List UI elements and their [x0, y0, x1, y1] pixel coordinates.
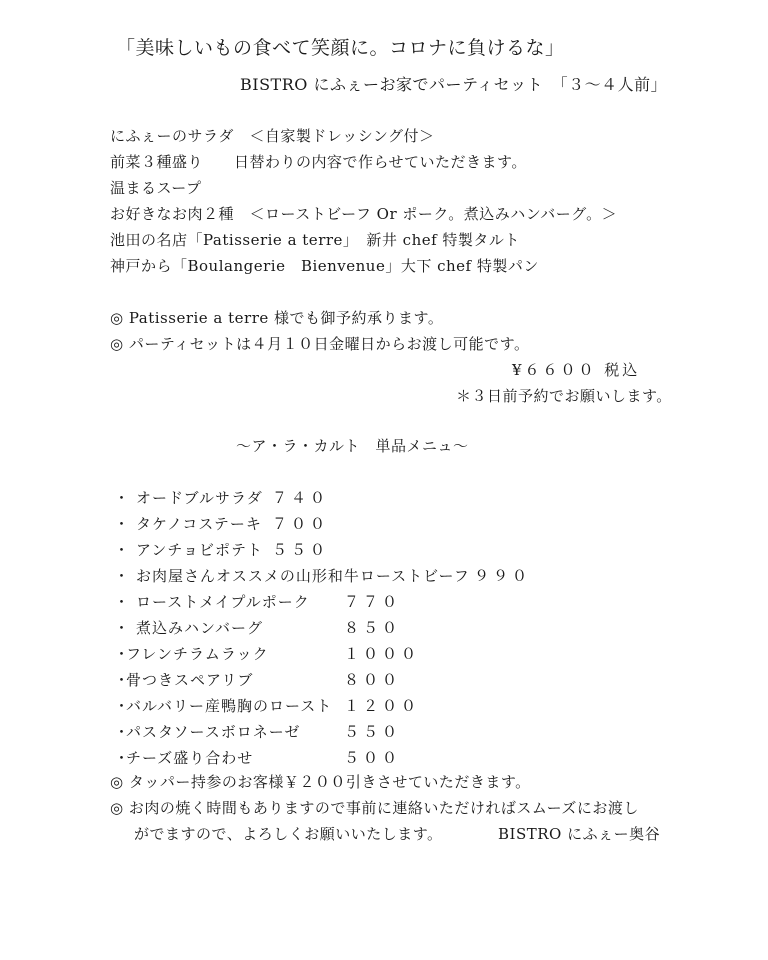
set-item: 温まるスープ [110, 178, 202, 198]
menu-item: ・煮込みハンバーグ [114, 618, 263, 638]
signature: BISTRO にふぇー奥谷 [498, 824, 660, 844]
item-name: 煮込みハンバーグ [136, 619, 263, 637]
reservation-note: ＊３日前予約でお願いします。 [456, 386, 672, 406]
menu-item: ・ローストメイプルポーク [114, 592, 310, 612]
item-name: ローストメイプルポーク [136, 593, 310, 611]
item-name: お肉屋さんオススメの山形和牛ローストビーフ [136, 567, 470, 585]
item-price: ８００ [344, 670, 401, 690]
menu-item: ・チーズ盛り合わせ [114, 748, 253, 768]
set-item: 池田の名店「Patisserie a terre」 新井 chef 特製タルト [110, 230, 520, 250]
item-price: ５５０ [344, 722, 401, 742]
item-name: アンチョビポテト [136, 541, 263, 559]
bullet: ・ [114, 748, 126, 768]
set-item: 神戸から「Boulangerie Bienvenue」大下 chef 特製パン [110, 256, 539, 276]
item-name: チーズ盛り合わせ [126, 749, 253, 767]
bullet: ・ [114, 618, 136, 638]
bullet: ・ [114, 722, 126, 742]
notice: ◎ Patisserie a terre 様でも御予約承ります。 [110, 308, 443, 328]
bullet: ・ [114, 670, 126, 690]
item-name: 骨つきスペアリブ [126, 671, 253, 689]
footer-note: ◎ お肉の焼く時間もありますので事前に連絡いただければスムーズにお渡し [110, 798, 639, 818]
set-item: にふぇーのサラダ ＜自家製ドレッシング付＞ [110, 126, 435, 146]
menu-item: ・お肉屋さんオススメの山形和牛ローストビーフ [114, 566, 470, 586]
bullet: ・ [114, 514, 136, 534]
item-name: パスタソースボロネーゼ [126, 723, 301, 741]
item-price: ８５０ [344, 618, 401, 638]
footer-note: がでますので、よろしくお願いいたします。 [134, 824, 443, 844]
menu-item: ・タケノコステーキ [114, 514, 262, 534]
menu-item: ・フレンチラムラック [114, 644, 269, 664]
bullet: ・ [114, 566, 136, 586]
bullet: ・ [114, 488, 136, 508]
item-price: ７００ [272, 514, 329, 534]
item-price: ７７０ [344, 592, 401, 612]
item-name: バルバリー産鴨胸のロースト [126, 697, 332, 715]
item-price: ９９０ [474, 566, 531, 586]
bullet: ・ [114, 540, 136, 560]
set-item: 前菜３種盛り 日替わりの内容で作らせていただきます。 [110, 152, 527, 172]
set-item: お好きなお肉２種 ＜ローストビーフ Or ポーク。煮込みハンバーグ。＞ [110, 204, 617, 224]
notice: ◎ パーティセットは４月１０日金曜日からお渡し可能です。 [110, 334, 529, 354]
set-price: ¥６６００ 税込 [512, 360, 640, 380]
footer-note: ◎ タッパー持参のお客様￥２００引きさせていただきます。 [110, 772, 531, 792]
item-price: １２００ [344, 696, 420, 716]
item-price: ５００ [344, 748, 401, 768]
bullet: ・ [114, 644, 126, 664]
menu-item: ・アンチョビポテト [114, 540, 263, 560]
alacarte-heading: ～ア・ラ・カルト 単品メニュ～ [236, 436, 469, 456]
bullet: ・ [114, 592, 136, 612]
bullet: ・ [114, 696, 126, 716]
item-name: タケノコステーキ [136, 515, 262, 533]
menu-item: ・オードブルサラダ [114, 488, 263, 508]
item-price: ５５０ [272, 540, 329, 560]
menu-item: ・バルバリー産鴨胸のロースト [114, 696, 332, 716]
item-name: フレンチラムラック [126, 645, 269, 663]
item-name: オードブルサラダ [136, 489, 263, 507]
menu-item: ・パスタソースボロネーゼ [114, 722, 301, 742]
item-price: ７４０ [272, 488, 329, 508]
set-title: BISTRO にふぇーお家でパーティセット 「３～４人前」 [240, 74, 667, 96]
item-price: １０００ [344, 644, 420, 664]
slogan: 「美味しいもの食べて笑顔に。コロナに負けるな」 [116, 36, 565, 60]
menu-item: ・骨つきスペアリブ [114, 670, 253, 690]
